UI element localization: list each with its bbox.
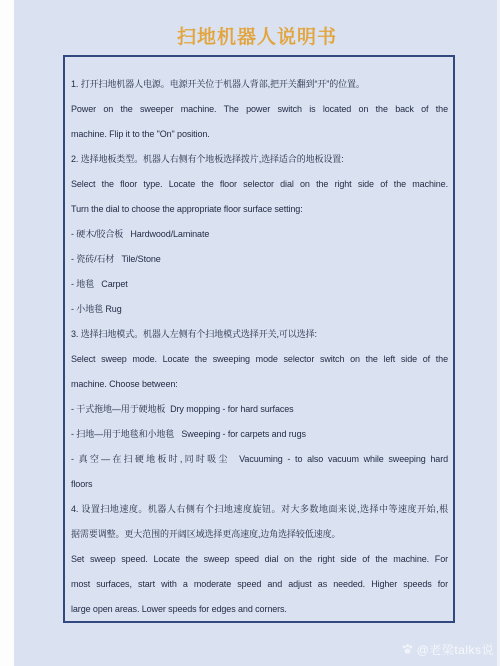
manual-line: - 地毯 Carpet <box>71 272 448 297</box>
manual-line: Power on the sweeper machine. The power … <box>71 97 448 122</box>
manual-line: Select sweep mode. Locate the sweeping m… <box>71 347 448 372</box>
manual-line: Set sweep speed. Locate the sweep speed … <box>71 547 448 572</box>
watermark: @老梁talks说 <box>401 641 494 658</box>
manual-line: 2. 选择地板类型。机器人右侧有个地板选择拨片,选择适合的地板设置: <box>71 147 448 172</box>
manual-line: machine. Choose between: <box>71 372 448 397</box>
instructions-box: 1. 打开扫地机器人电源。电源开关位于机器人背部,把开关翻到“开”的位置。 Po… <box>63 55 455 623</box>
manual-line: Select the floor type. Locate the floor … <box>71 172 448 197</box>
manual-line: - 扫地—用于地毯和小地毯 Sweeping - for carpets and… <box>71 422 448 447</box>
manual-line: floors <box>71 472 448 497</box>
manual-line: - 干式拖地—用于硬地板 Dry mopping - for hard surf… <box>71 397 448 422</box>
manual-line: - 瓷砖/石材 Tile/Stone <box>71 247 448 272</box>
manual-line: - 硬木/胶合板 Hardwood/Laminate <box>71 222 448 247</box>
manual-line: 4. 设置扫地速度。机器人右侧有个扫地速度旋钮。对大多数地面来说,选择中等速度开… <box>71 497 448 522</box>
manual-line: machine. Flip it to the "On" position. <box>71 122 448 147</box>
manual-line: - 真空—在扫硬地板时,同时吸尘 Vacuuming - to also vac… <box>71 447 448 472</box>
manual-line: - 小地毯 Rug <box>71 297 448 322</box>
page-left-margin <box>0 0 14 666</box>
manual-line: large open areas. Lower speeds for edges… <box>71 597 448 622</box>
manual-line: 1. 打开扫地机器人电源。电源开关位于机器人背部,把开关翻到“开”的位置。 <box>71 72 448 97</box>
manual-line: 3. 选择扫地模式。机器人左侧有个扫地模式选择开关,可以选择: <box>71 322 448 347</box>
watermark-text: @老梁talks说 <box>417 641 494 658</box>
page-title: 扫地机器人说明书 <box>14 22 500 49</box>
manual-line: 据需要调整。更大范围的开阔区域选择更高速度,边角选择较低速度。 <box>71 522 448 547</box>
manual-line: Turn the dial to choose the appropriate … <box>71 197 448 222</box>
manual-line: most surfaces, start with a moderate spe… <box>71 572 448 597</box>
paw-icon <box>401 643 414 656</box>
manual-page: 扫地机器人说明书 1. 打开扫地机器人电源。电源开关位于机器人背部,把开关翻到“… <box>0 0 500 666</box>
